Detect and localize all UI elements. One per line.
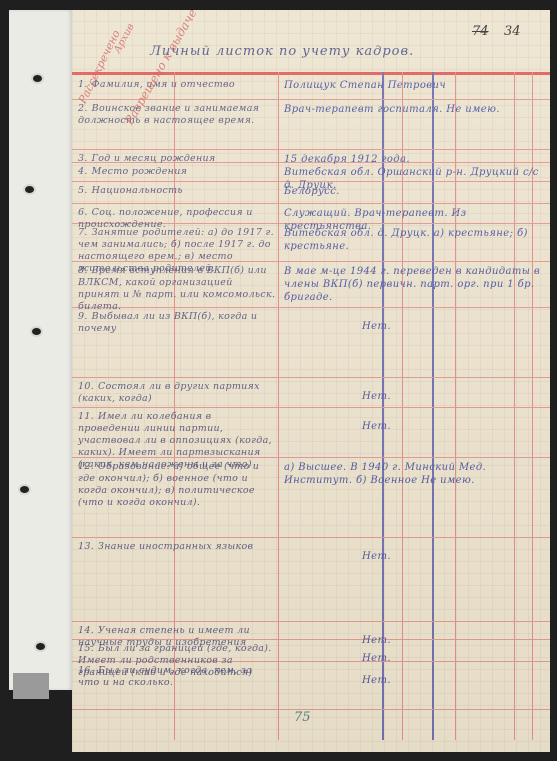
question-cell: 13.Знание иностранных языков	[78, 541, 276, 553]
answer-cell: Нет.	[362, 674, 550, 687]
answer-cell: В мае м-це 1944 г. переведен в кандидаты…	[284, 265, 546, 304]
punch-hole	[32, 328, 41, 335]
question-text: Образование: а) общее (что и где окончил…	[78, 461, 259, 508]
row-number: 13.	[78, 541, 94, 552]
answer-cell: Полищук Степан Петрович	[284, 79, 546, 92]
table-row: 10.Состоял ли в других партиях (каких, к…	[72, 378, 550, 408]
question-text: Состоял ли в других партиях (каких, когд…	[78, 381, 260, 404]
punch-hole	[25, 186, 34, 193]
binding-strip	[9, 10, 72, 690]
punch-hole	[20, 486, 29, 493]
row-number: 16.	[78, 665, 94, 676]
question-text: Выбывал ли из ВКП(б), когда и почему	[78, 311, 257, 334]
row-number: 15.	[78, 643, 94, 654]
table-row: 6.Соц. положение, профессия и происхожде…	[72, 204, 550, 224]
page-number: 34	[504, 24, 521, 39]
question-cell: 16.Был ли судим, когда, кем, за что и на…	[78, 665, 276, 689]
answer-cell: Белорусс.	[284, 185, 546, 198]
answer-cell: Нет.	[362, 550, 550, 563]
bottom-mark: 75	[294, 710, 311, 725]
question-cell: 8.Время вступления в ВКП(б) или ВЛКСМ, к…	[78, 265, 276, 313]
table-row: 3.Год и месяц рождения15 декабря 1912 го…	[72, 150, 550, 163]
old-page-number: 74	[472, 24, 489, 39]
answer-cell: Нет.	[362, 390, 550, 403]
question-text: Был ли судим, когда, кем, за что и на ск…	[78, 665, 252, 688]
table-row: 13.Знание иностранных языковНет.	[72, 538, 550, 622]
table-row: 16.Был ли судим, когда, кем, за что и на…	[72, 662, 550, 710]
table-row: 5.НациональностьБелорусс.	[72, 182, 550, 204]
row-number: 9.	[78, 311, 88, 322]
punch-hole	[33, 75, 42, 82]
table-row: 12.Образование: а) общее (что и где окон…	[72, 458, 550, 538]
answer-cell: Врач-терапевт госпиталя. Не имею.	[284, 103, 546, 116]
row-number: 12.	[78, 461, 94, 472]
question-cell: 2.Воинское звание и занимаемая должность…	[78, 103, 276, 127]
answer-cell: Витебская обл. д. Друцк. а) крестьяне; б…	[284, 227, 546, 253]
answer-cell: Нет.	[362, 320, 550, 333]
row-number: 7.	[78, 227, 88, 238]
table-row: 9.Выбывал ли из ВКП(б), когда и почемуНе…	[72, 308, 550, 378]
question-cell: 9.Выбывал ли из ВКП(б), когда и почему	[78, 311, 276, 335]
header-rule	[72, 72, 550, 75]
question-text: Место рождения	[92, 166, 188, 177]
question-text: Фамилия, имя и отчество	[92, 79, 235, 90]
question-text: Воинское звание и занимаемая должность в…	[78, 103, 259, 126]
row-number: 14.	[78, 625, 94, 636]
question-cell: 10.Состоял ли в других партиях (каких, к…	[78, 381, 276, 405]
question-cell: 5.Национальность	[78, 185, 276, 197]
question-text: Национальность	[92, 185, 183, 196]
punch-hole	[36, 643, 45, 650]
question-cell: 4.Место рождения	[78, 166, 276, 178]
personnel-record-sheet: 74 34 Личный листок по учету кадров. 1.Ф…	[72, 10, 550, 752]
table-row: 15.Был ли за границей (где, когда). Имее…	[72, 640, 550, 662]
question-cell: 12.Образование: а) общее (что и где окон…	[78, 461, 276, 509]
row-number: 8.	[78, 265, 88, 276]
table-row: 14.Ученая степень и имеет ли научные тру…	[72, 622, 550, 640]
binding-tab	[13, 673, 49, 699]
table-row: 4.Место рожденияВитебская обл. Оршанский…	[72, 163, 550, 182]
table-row: 8.Время вступления в ВКП(б) или ВЛКСМ, к…	[72, 262, 550, 308]
table-row: 11.Имел ли колебания в проведении линии …	[72, 408, 550, 458]
row-number: 11.	[78, 411, 94, 422]
question-text: Время вступления в ВКП(б) или ВЛКСМ, как…	[78, 265, 275, 312]
row-number: 4.	[78, 166, 88, 177]
answer-cell: а) Высшее. В 1940 г. Минский Мед. Инстит…	[284, 461, 546, 487]
row-number: 6.	[78, 207, 88, 218]
document-title: Личный листок по учету кадров.	[150, 44, 414, 59]
question-cell: 1.Фамилия, имя и отчество	[78, 79, 276, 91]
row-number: 10.	[78, 381, 94, 392]
row-number: 5.	[78, 185, 88, 196]
table-row: 7.Занятие родителей: а) до 1917 г. чем з…	[72, 224, 550, 262]
question-text: Знание иностранных языков	[98, 541, 253, 552]
answer-cell: Нет.	[362, 420, 550, 433]
